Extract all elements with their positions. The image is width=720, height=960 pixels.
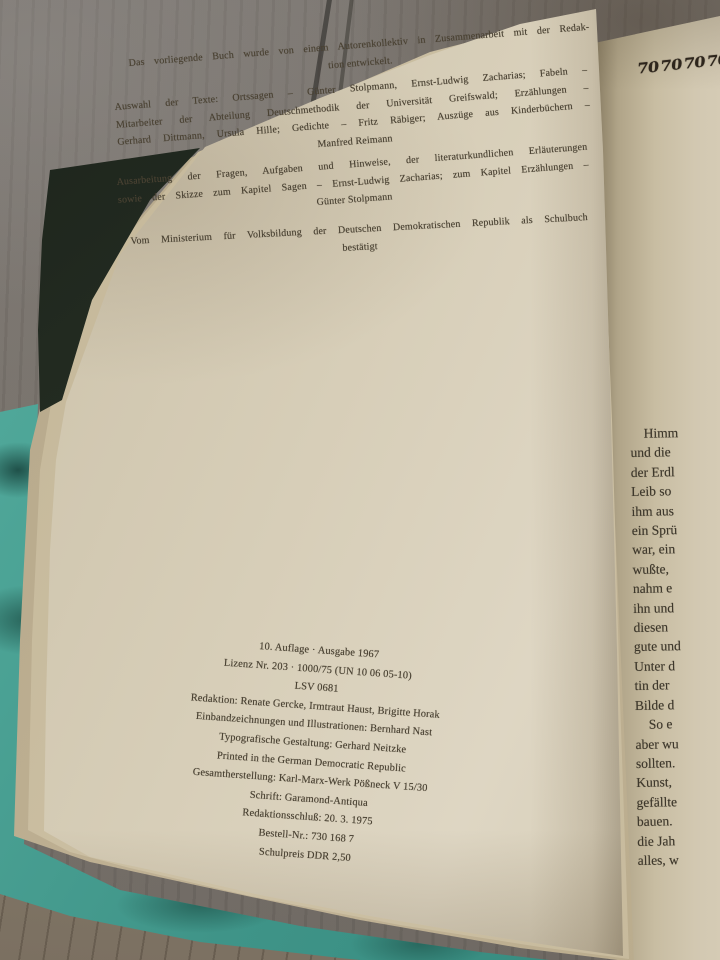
text-line: Unter d xyxy=(634,654,720,676)
text-line: gute und xyxy=(634,634,720,656)
text-line: nahm e xyxy=(633,576,720,598)
text-line: wußte, xyxy=(632,557,720,579)
text-line: war, ein xyxy=(632,537,720,559)
text-line: Kunst, xyxy=(636,770,720,792)
text-line: sollten. xyxy=(636,751,720,773)
text-line: gefällte xyxy=(636,790,720,812)
text-line: ihn und xyxy=(633,596,720,618)
text-line: tin der xyxy=(634,673,720,695)
text-line: Himm xyxy=(630,421,720,443)
text-line: und die xyxy=(630,440,720,462)
right-page-text-column: Himmund dieder ErdlLeib soihm ausein Spr… xyxy=(630,421,720,870)
book-photograph: Das vorliegende Buch wurde von einem Aut… xyxy=(0,0,720,960)
text-line: aber wu xyxy=(635,731,720,753)
imprint-block: 10. Auflage · Ausgabe 1967Lizenz Nr. 203… xyxy=(121,629,504,877)
text-line: alles, w xyxy=(637,848,720,870)
text-line: Leib so xyxy=(631,479,720,501)
text-line: die Jah xyxy=(637,829,720,851)
text-line: der Erdl xyxy=(631,460,720,482)
text-line: diesen xyxy=(633,615,720,637)
text-line: ihm aus xyxy=(631,499,720,521)
text-line: Bilde d xyxy=(635,693,720,715)
text-line: ein Sprü xyxy=(632,518,720,540)
text-line: So e xyxy=(635,712,720,734)
text-line: bauen. xyxy=(637,809,720,831)
